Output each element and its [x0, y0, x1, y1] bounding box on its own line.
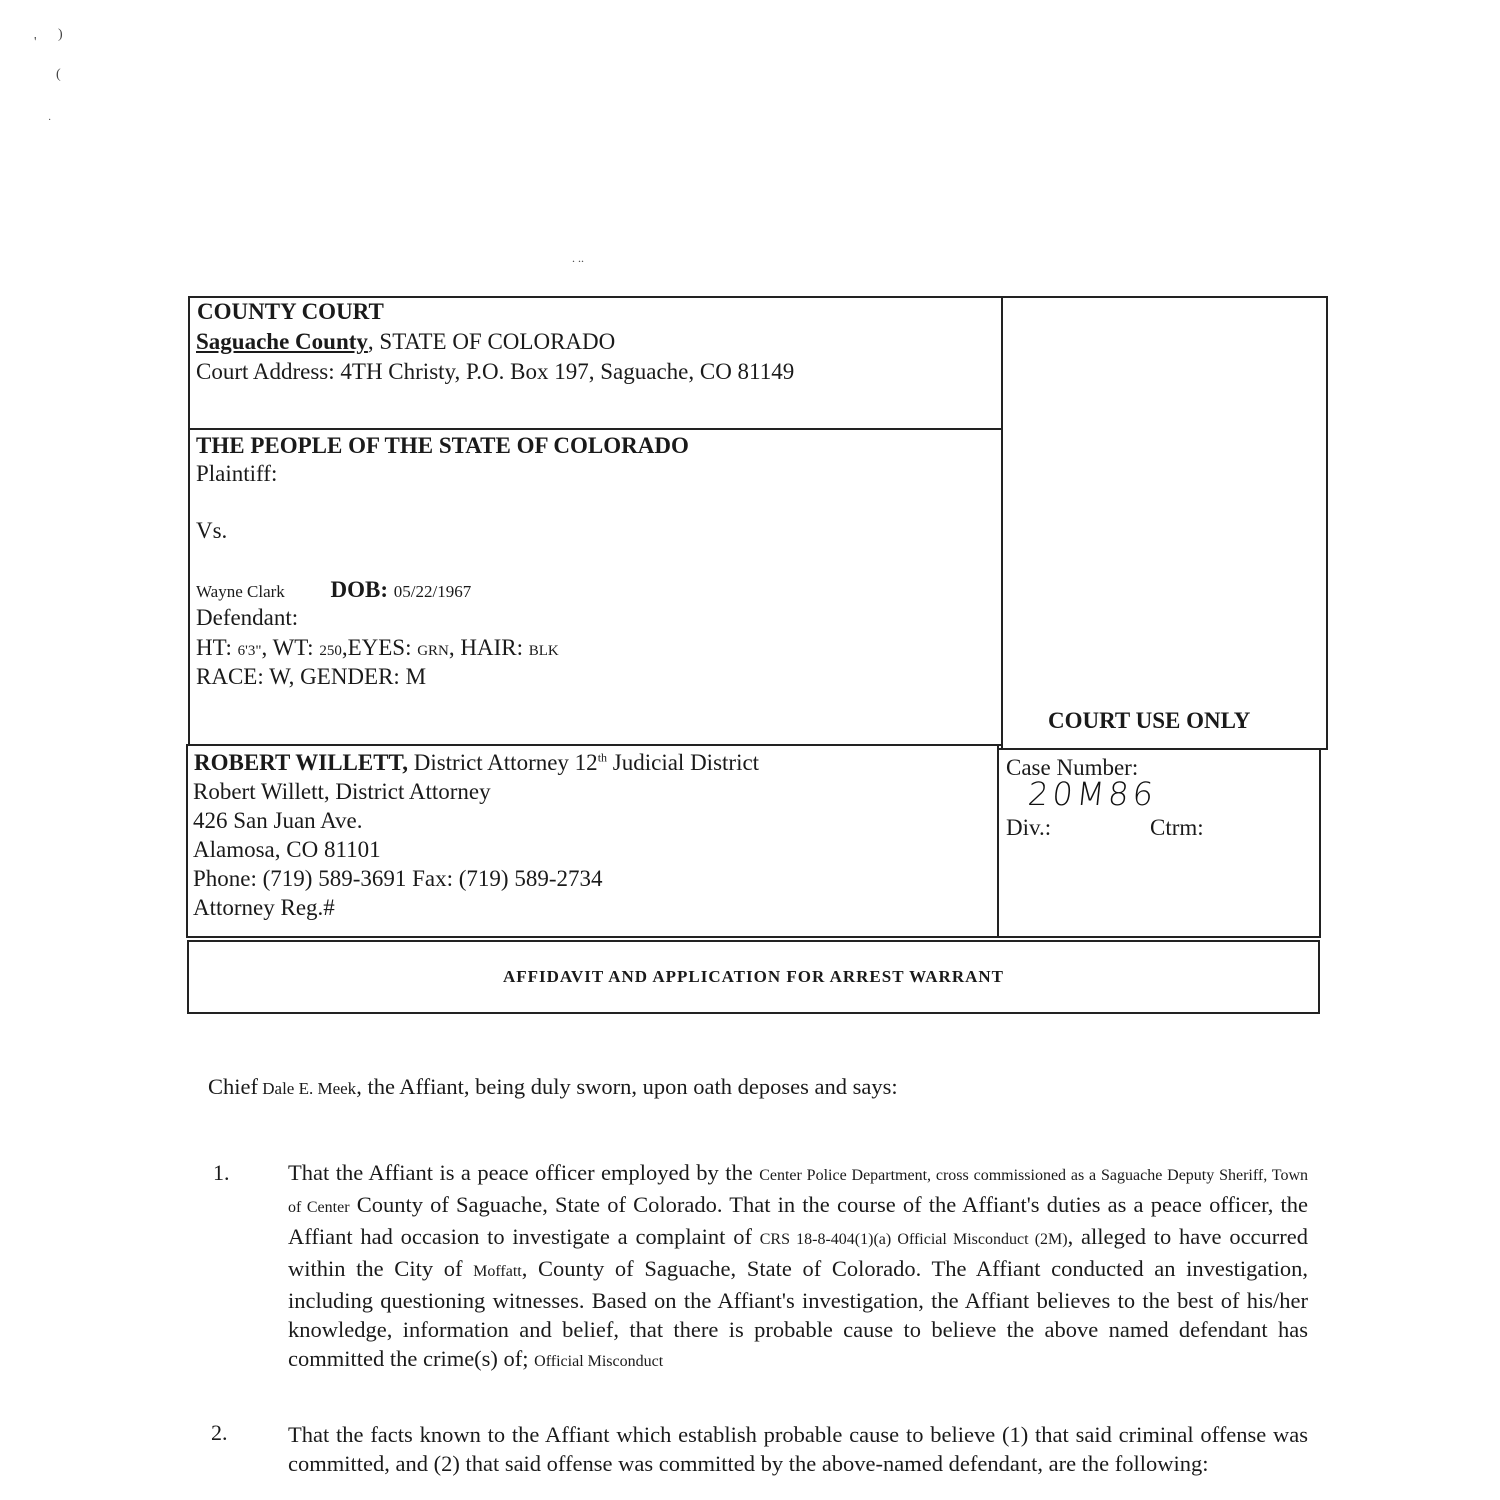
court-use-only-label: COURT USE ONLY	[1048, 706, 1250, 735]
scan-speck: )	[58, 28, 63, 42]
paragraph-number: 1.	[213, 1160, 230, 1186]
plaintiff-name: THE PEOPLE OF THE STATE OF COLORADO	[196, 431, 689, 460]
court-use-cell	[1001, 296, 1328, 750]
document-title: AFFIDAVIT AND APPLICATION FOR ARREST WAR…	[187, 940, 1320, 1014]
affiant-intro: Chief Dale E. Meek, the Affiant, being d…	[208, 1072, 898, 1103]
paragraph-2: That the facts known to the Affiant whic…	[288, 1420, 1308, 1478]
court-county-line: Saguache County, STATE OF COLORADO	[196, 327, 615, 356]
document-title-text: AFFIDAVIT AND APPLICATION FOR ARREST WAR…	[503, 967, 1004, 987]
dob-label: DOB:	[331, 577, 389, 602]
attorney-name: ROBERT WILLETT,	[194, 750, 408, 775]
court-address: Court Address: 4TH Christy, P.O. Box 197…	[196, 357, 794, 386]
paragraph-number: 2.	[211, 1420, 228, 1446]
hair-label: , HAIR:	[449, 635, 523, 660]
affiant-rank: Chief	[208, 1074, 258, 1099]
court-state: , STATE OF COLORADO	[368, 329, 615, 354]
dob-value: 05/22/1967	[394, 582, 471, 601]
attorney-reg: Attorney Reg.#	[193, 893, 335, 922]
attorney-line-2: Robert Willett, District Attorney	[193, 777, 491, 806]
plaintiff-label: Plaintiff:	[196, 459, 277, 488]
hair-value: BLK	[529, 643, 559, 659]
defendant-label: Defendant:	[196, 603, 298, 632]
defendant-name-line: Wayne Clark DOB: 05/22/1967	[196, 575, 471, 606]
affiant-intro-rest: , the Affiant, being duly sworn, upon oa…	[356, 1074, 897, 1099]
case-number-value: 20M86	[1026, 775, 1159, 813]
ht-value: 6'3"	[238, 643, 262, 659]
court-name: COUNTY COURT	[197, 297, 384, 326]
wt-label: , WT:	[261, 635, 313, 660]
paragraph-segment: CRS 18-8-404(1)(a) Official Misconduct (…	[760, 1231, 1068, 1248]
ht-label: HT:	[196, 635, 232, 660]
court-county: Saguache County	[196, 329, 368, 354]
paragraph-segment: That the facts known to the Affiant whic…	[288, 1422, 1308, 1476]
attorney-address: 426 San Juan Ave.	[193, 806, 363, 835]
attorney-title: District Attorney 12	[408, 750, 598, 775]
scan-speck: . ..	[572, 252, 584, 264]
affiant-name: Dale E. Meek	[258, 1079, 356, 1098]
paragraph-1: That the Affiant is a peace officer empl…	[288, 1158, 1308, 1376]
ctrm-label: Ctrm:	[1150, 813, 1204, 842]
race-gender: RACE: W, GENDER: M	[196, 662, 426, 691]
paragraph-segment: That the Affiant is a peace officer empl…	[288, 1160, 759, 1185]
wt-value: 250	[319, 643, 342, 659]
defendant-name: Wayne Clark	[196, 582, 285, 601]
div-label: Div.:	[1006, 813, 1051, 842]
scan-speck: ·	[48, 116, 51, 126]
versus-label: Vs.	[196, 516, 227, 545]
scan-speck: '	[34, 36, 37, 50]
eyes-value: GRN	[417, 643, 449, 659]
scan-speck: (	[56, 68, 61, 82]
attorney-title-post: Judicial District	[607, 750, 759, 775]
paragraph-segment: Moffatt	[473, 1263, 522, 1280]
paragraph-segment: Official Misconduct	[534, 1353, 663, 1370]
attorney-header: ROBERT WILLETT, District Attorney 12th J…	[194, 748, 759, 777]
attorney-title-sup: th	[598, 750, 607, 764]
eyes-label: ,EYES:	[342, 635, 412, 660]
attorney-phone-fax: Phone: (719) 589-3691 Fax: (719) 589-273…	[193, 864, 603, 893]
attorney-city: Alamosa, CO 81101	[193, 835, 381, 864]
